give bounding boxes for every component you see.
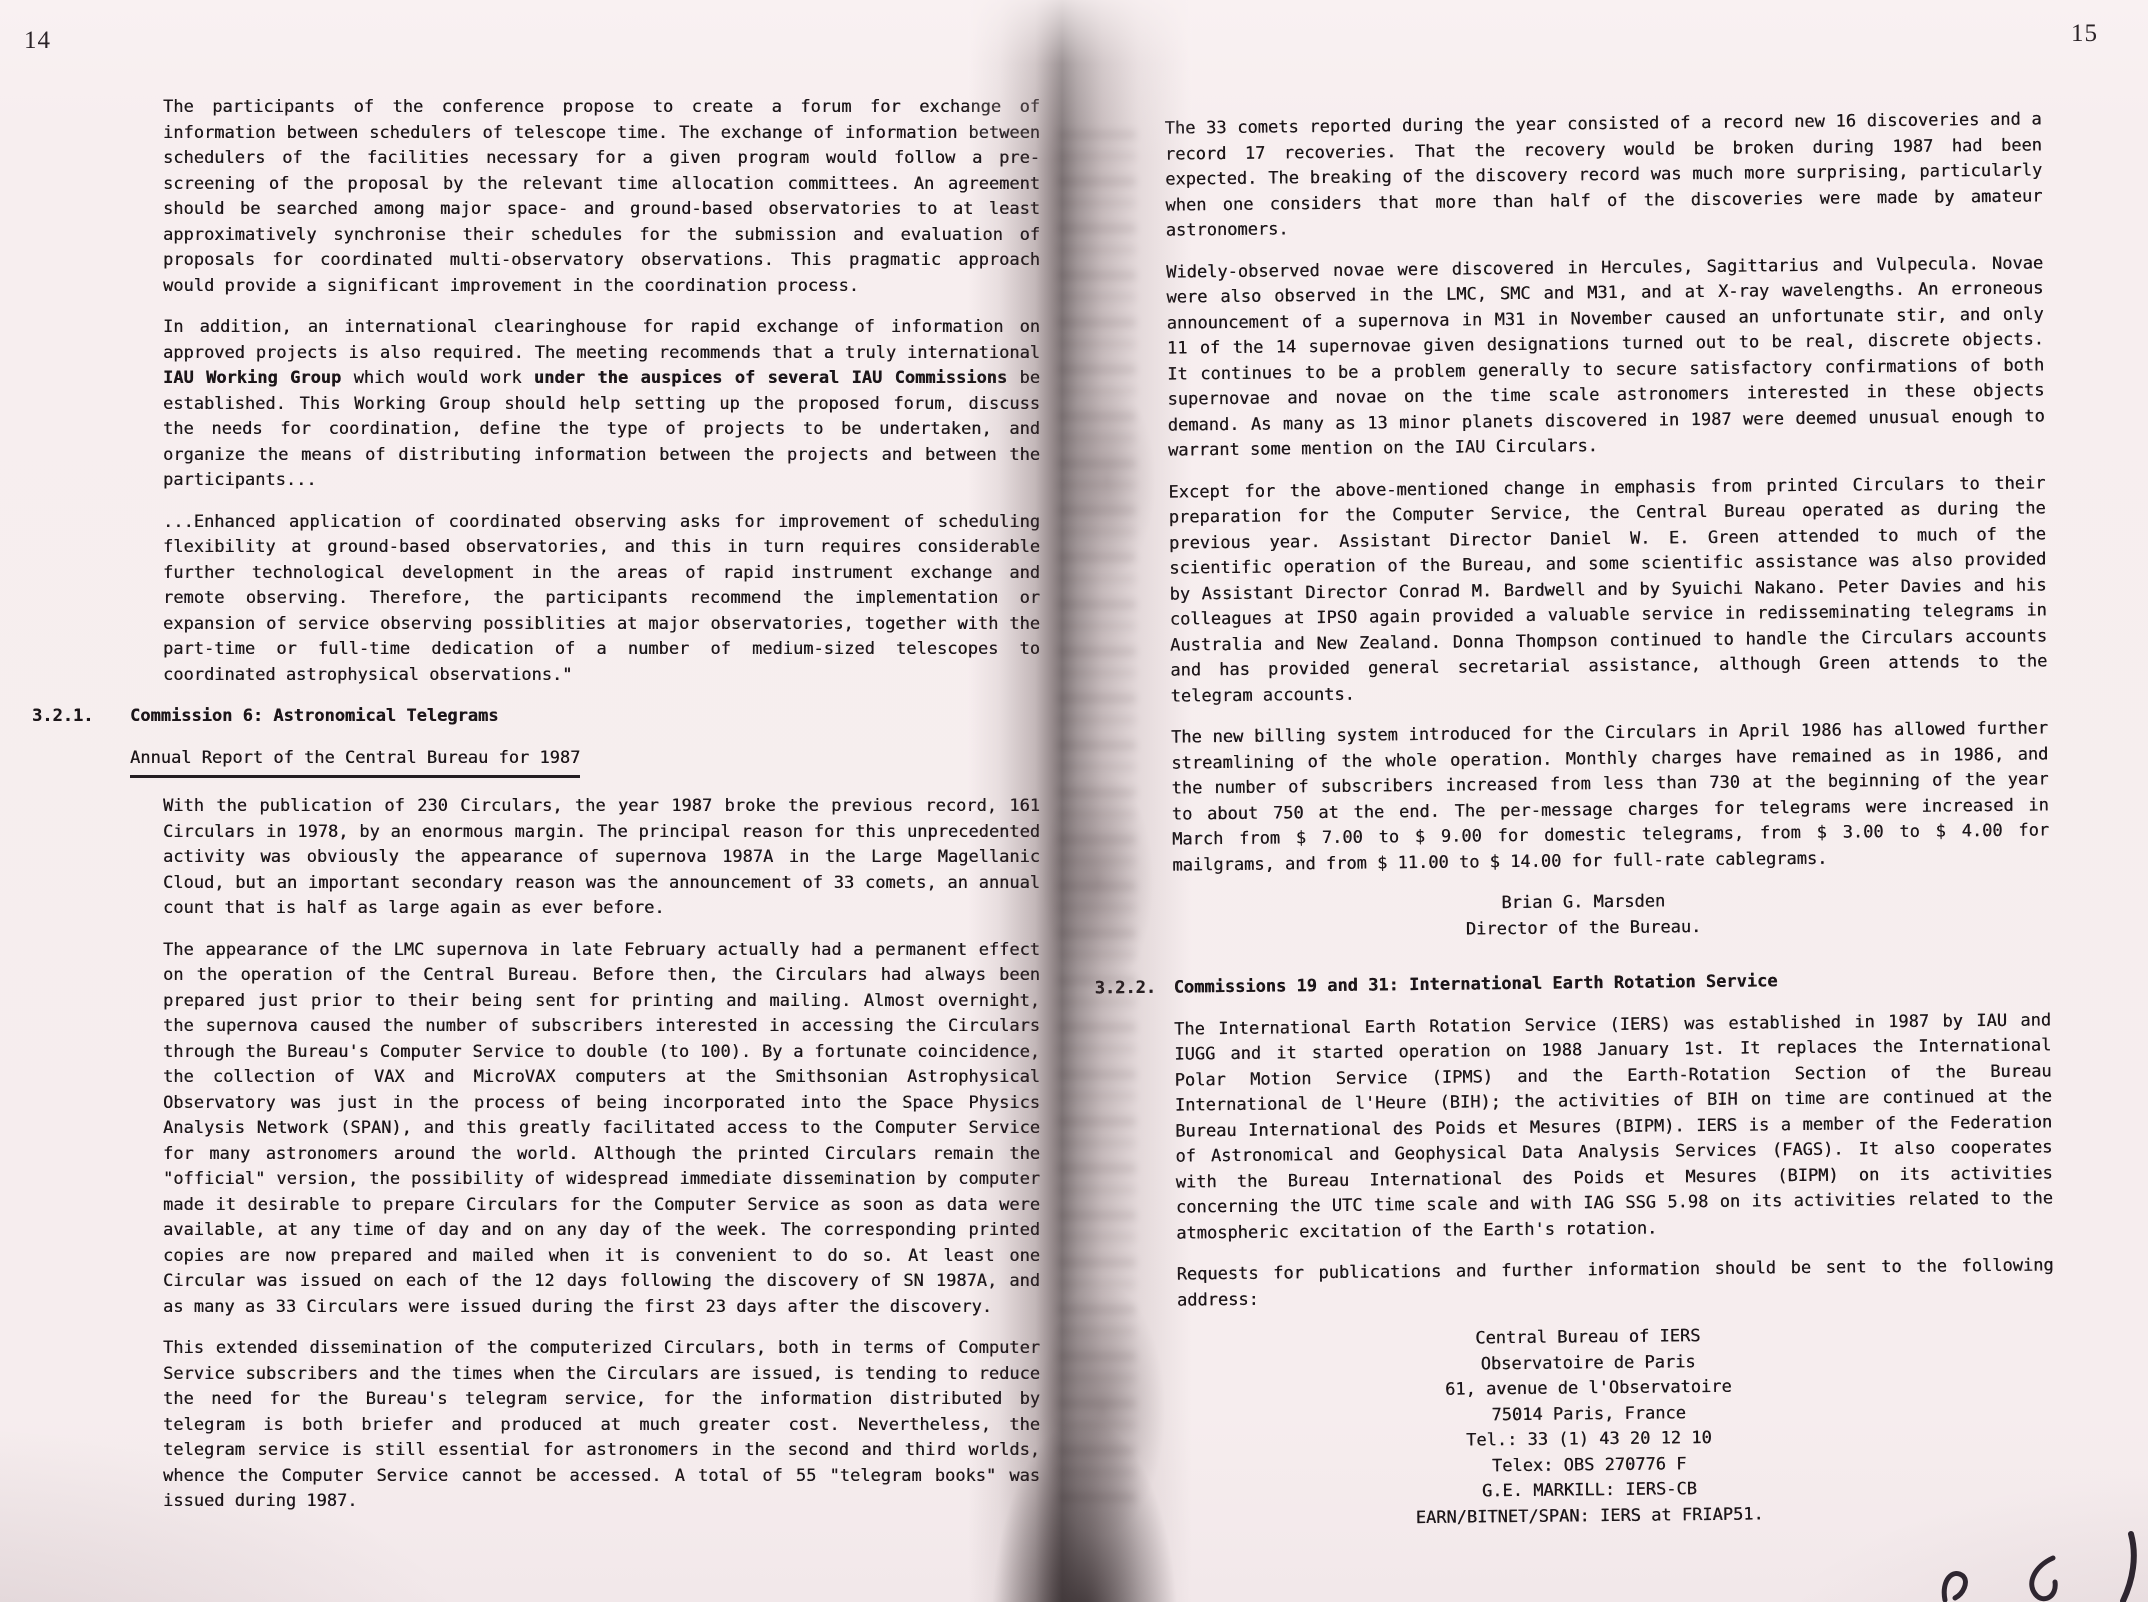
body-paragraph: With the publication of 230 Circulars, t… [163, 794, 1040, 922]
body-paragraph: In addition, an international clearingho… [163, 315, 1040, 494]
section-heading: 3.2.1.Commission 6: Astronomical Telegra… [163, 704, 1040, 730]
text-run: This extended dissemination of the compu… [163, 1338, 1040, 1511]
section-title: Commission 6: Astronomical Telegrams [130, 704, 498, 730]
signature-block: Brian G. MarsdenDirector of the Bureau. [1173, 885, 2050, 945]
text-run: Requests for publications and further in… [1177, 1255, 2054, 1310]
section-number: 3.2.2. [1095, 976, 1157, 1002]
body-paragraph: ...Enhanced application of coordinated o… [163, 510, 1040, 689]
scanned-document-spread: { "page_left": { "number": "14", "blocks… [0, 0, 2148, 1602]
page-number-left: 14 [24, 27, 51, 55]
section-heading: 3.2.2.Commissions 19 and 31: Internation… [1174, 966, 2051, 1001]
subheading-text: Annual Report of the Central Bureau for … [130, 746, 580, 779]
text-run: The 33 comets reported during the year c… [1165, 109, 2043, 240]
bold-phrase: under the auspices of several IAU Commis… [534, 368, 1007, 388]
text-run: With the publication of 230 Circulars, t… [163, 796, 1040, 918]
underlined-subheading: Annual Report of the Central Bureau for … [163, 746, 1040, 779]
text-run: Widely-observed novae were discovered in… [1166, 253, 2045, 461]
body-paragraph: The participants of the conference propo… [163, 95, 1040, 299]
text-run: In addition, an international clearingho… [163, 317, 1040, 363]
page-14: 14 The participants of the conference pr… [0, 0, 1074, 1602]
text-run: ...Enhanced application of coordinated o… [163, 512, 1040, 685]
page-15-text-column: The 33 comets reported during the year c… [1165, 107, 2057, 1549]
body-paragraph: Widely-observed novae were discovered in… [1166, 251, 2045, 464]
body-paragraph: The 33 comets reported during the year c… [1165, 107, 2043, 244]
text-run: The appearance of the LMC supernova in l… [163, 940, 1040, 1317]
body-paragraph: The appearance of the LMC supernova in l… [163, 938, 1040, 1321]
page-number-right: 15 [2071, 20, 2098, 48]
body-paragraph: Except for the above-mentioned change in… [1168, 471, 2047, 710]
text-run: The participants of the conference propo… [163, 97, 1040, 296]
body-paragraph: The new billing system introduced for th… [1171, 716, 2050, 878]
body-paragraph: The International Earth Rotation Service… [1174, 1008, 2053, 1247]
body-paragraph: This extended dissemination of the compu… [163, 1336, 1040, 1515]
text-run: The new billing system introduced for th… [1171, 718, 2049, 875]
page-14-text-column: The participants of the conference propo… [163, 95, 1040, 1531]
bold-phrase: IAU Working Group [163, 368, 341, 388]
address-block: Central Bureau of IERSObservatoire de Pa… [1177, 1320, 2056, 1533]
page-15: 15 The 33 comets reported during the yea… [1074, 0, 2148, 1602]
section-title: Commissions 19 and 31: International Ear… [1174, 971, 1778, 997]
body-paragraph: Requests for publications and further in… [1177, 1253, 2054, 1313]
text-run: The International Earth Rotation Service… [1174, 1010, 2053, 1243]
section-number: 3.2.1. [32, 704, 93, 730]
text-run: Except for the above-mentioned change in… [1168, 473, 2047, 706]
text-run: which would work [341, 368, 534, 388]
